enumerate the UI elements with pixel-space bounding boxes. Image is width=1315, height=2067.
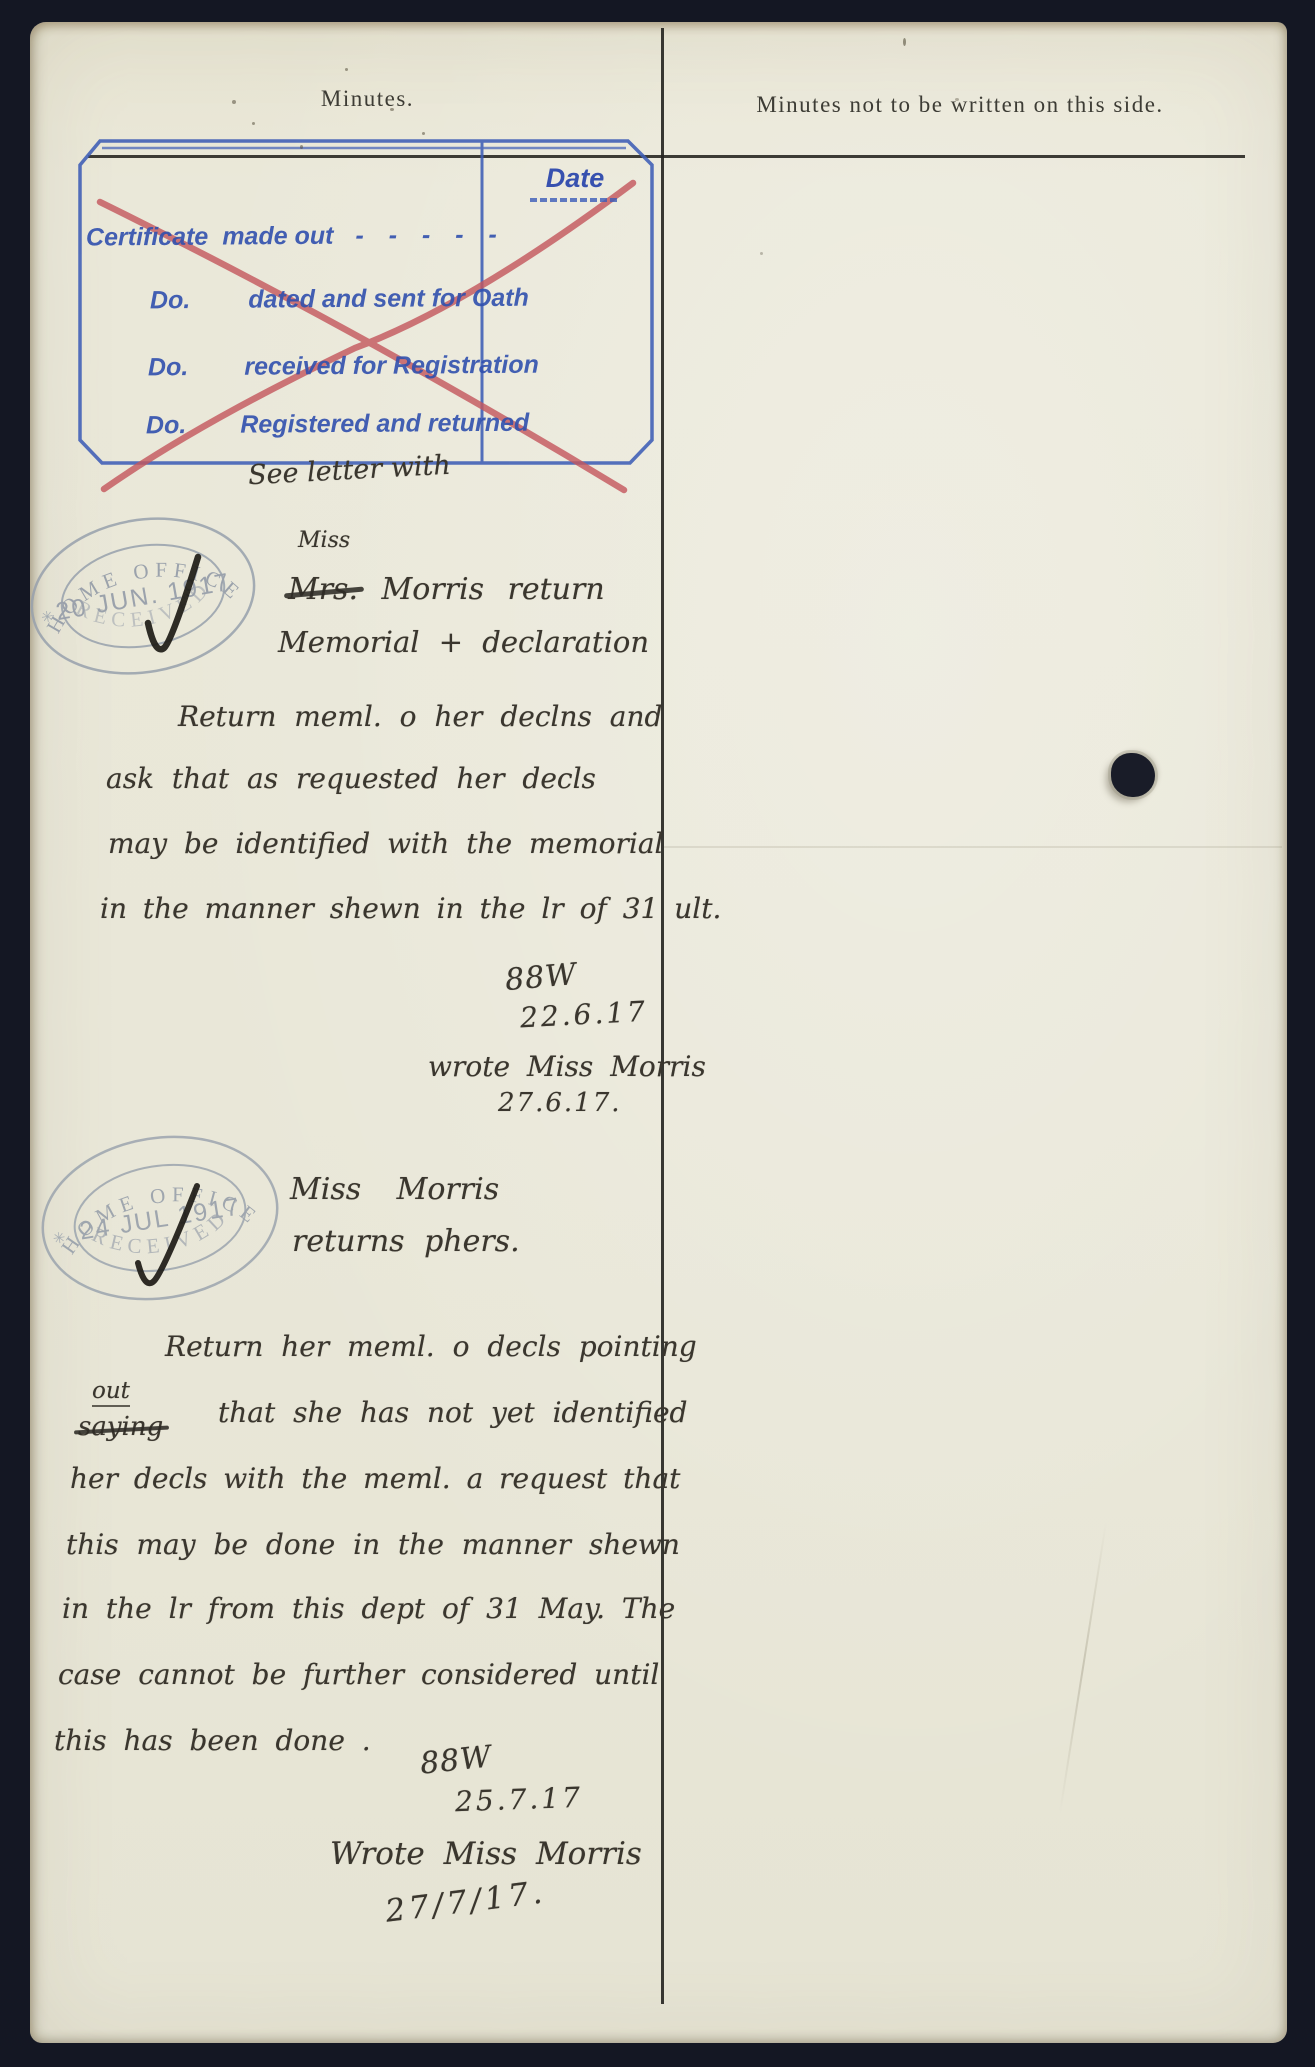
handwritten-entry2-line2: returns phers. [292, 1224, 520, 1259]
entry2-body-line: that she has not yet identified [218, 1396, 687, 1429]
scanned-document-page: Minutes. Minutes not to be written on th… [0, 0, 1315, 2067]
punch-hole [1111, 753, 1155, 797]
column-header-no-minutes: Minutes not to be written on this side. [685, 92, 1235, 118]
entry2-body-line: her decls with the meml. a request that [70, 1462, 680, 1495]
inserted-word-out: out [92, 1378, 130, 1407]
ink-speck [345, 68, 348, 71]
row-term: Certificate [86, 223, 208, 252]
signature-initials: 88W [504, 957, 579, 998]
struck-word-saying: saying [78, 1412, 163, 1442]
date-underline [530, 198, 620, 202]
row-term: Do. [148, 353, 188, 381]
handwritten-entry1-line1: Mrs. Morris return [288, 572, 605, 607]
date-column-header: Date [520, 163, 630, 194]
row-dashes: - - - - - [355, 221, 506, 250]
ink-speck [300, 145, 303, 149]
entry1-line1-rest: Morris return [382, 572, 605, 607]
form-row-sent-for-oath: Do.dated and sent for Oath [150, 284, 529, 316]
row-desc: Registered and returned [240, 409, 529, 439]
entry2-body-line: this may be done in the manner shewn [66, 1528, 680, 1561]
entry2-body-line: Return her meml. o decls pointing [165, 1330, 697, 1363]
ink-speck [955, 98, 959, 101]
entry2-body-line: in the lr from this dept of 31 May. The [62, 1592, 675, 1625]
ink-speck [232, 100, 236, 104]
row-desc: received for Registration [244, 351, 539, 381]
entry1-body-line: in the manner shewn in the lr of 31 ult. [100, 892, 721, 925]
handwritten-wrote-date: 27.6.17. [498, 1088, 622, 1118]
ink-speck [252, 122, 255, 125]
form-row-received-registration: Do.received for Registration [148, 351, 539, 383]
entry2-body-line: case cannot be further considered until [58, 1658, 659, 1691]
handwritten-miss-insert: Miss [298, 528, 350, 553]
signature-date: 25.7.17 [454, 1781, 583, 1818]
handwritten-entry2-line1: Miss Morris [290, 1172, 499, 1207]
struck-saying-text: saying [78, 1412, 163, 1442]
form-row-certificate-made-out: Certificatemade out- - - - - [86, 221, 506, 253]
entry1-body-line: may be identified with the memorial [108, 827, 664, 860]
row-desc: made out [222, 222, 333, 251]
signature-date: 22.6.17 [519, 995, 648, 1035]
row-term: Do. [150, 286, 190, 314]
entry1-body-line: ask that as requested her decls [106, 762, 596, 795]
entry1-body-line: Return meml. o her declns and [178, 700, 662, 733]
form-row-registered-returned: Do.Registered and returned [146, 409, 529, 441]
row-desc: dated and sent for Oath [248, 284, 529, 314]
column-header-minutes: Minutes. [175, 86, 560, 112]
stamp-asterisk-icon: ✳ [52, 1230, 67, 1248]
ink-speck [903, 38, 906, 46]
ink-speck [422, 132, 425, 135]
handwritten-wrote-note: Wrote Miss Morris [330, 1836, 642, 1872]
handwritten-wrote-note: wrote Miss Morris [428, 1050, 706, 1083]
struck-mrs: Mrs. [288, 572, 358, 607]
home-office-received-stamp-jun: HOME OFFICE RECEIVED 20 JUN. 1917 ✳ [25, 505, 275, 695]
ink-speck [390, 108, 394, 111]
handwritten-entry1-line2: Memorial + declaration [278, 625, 649, 659]
row-term: Do. [146, 411, 186, 439]
signature-initials: 88W [418, 1739, 493, 1781]
home-office-received-stamp-jul: HOME OFFICE RECEIVED 24 JUL 1917 ✳ [35, 1128, 295, 1323]
entry2-body-line: this has been done . [54, 1724, 371, 1757]
ink-speck [760, 252, 763, 255]
paper-crease-horizontal [664, 846, 1282, 848]
